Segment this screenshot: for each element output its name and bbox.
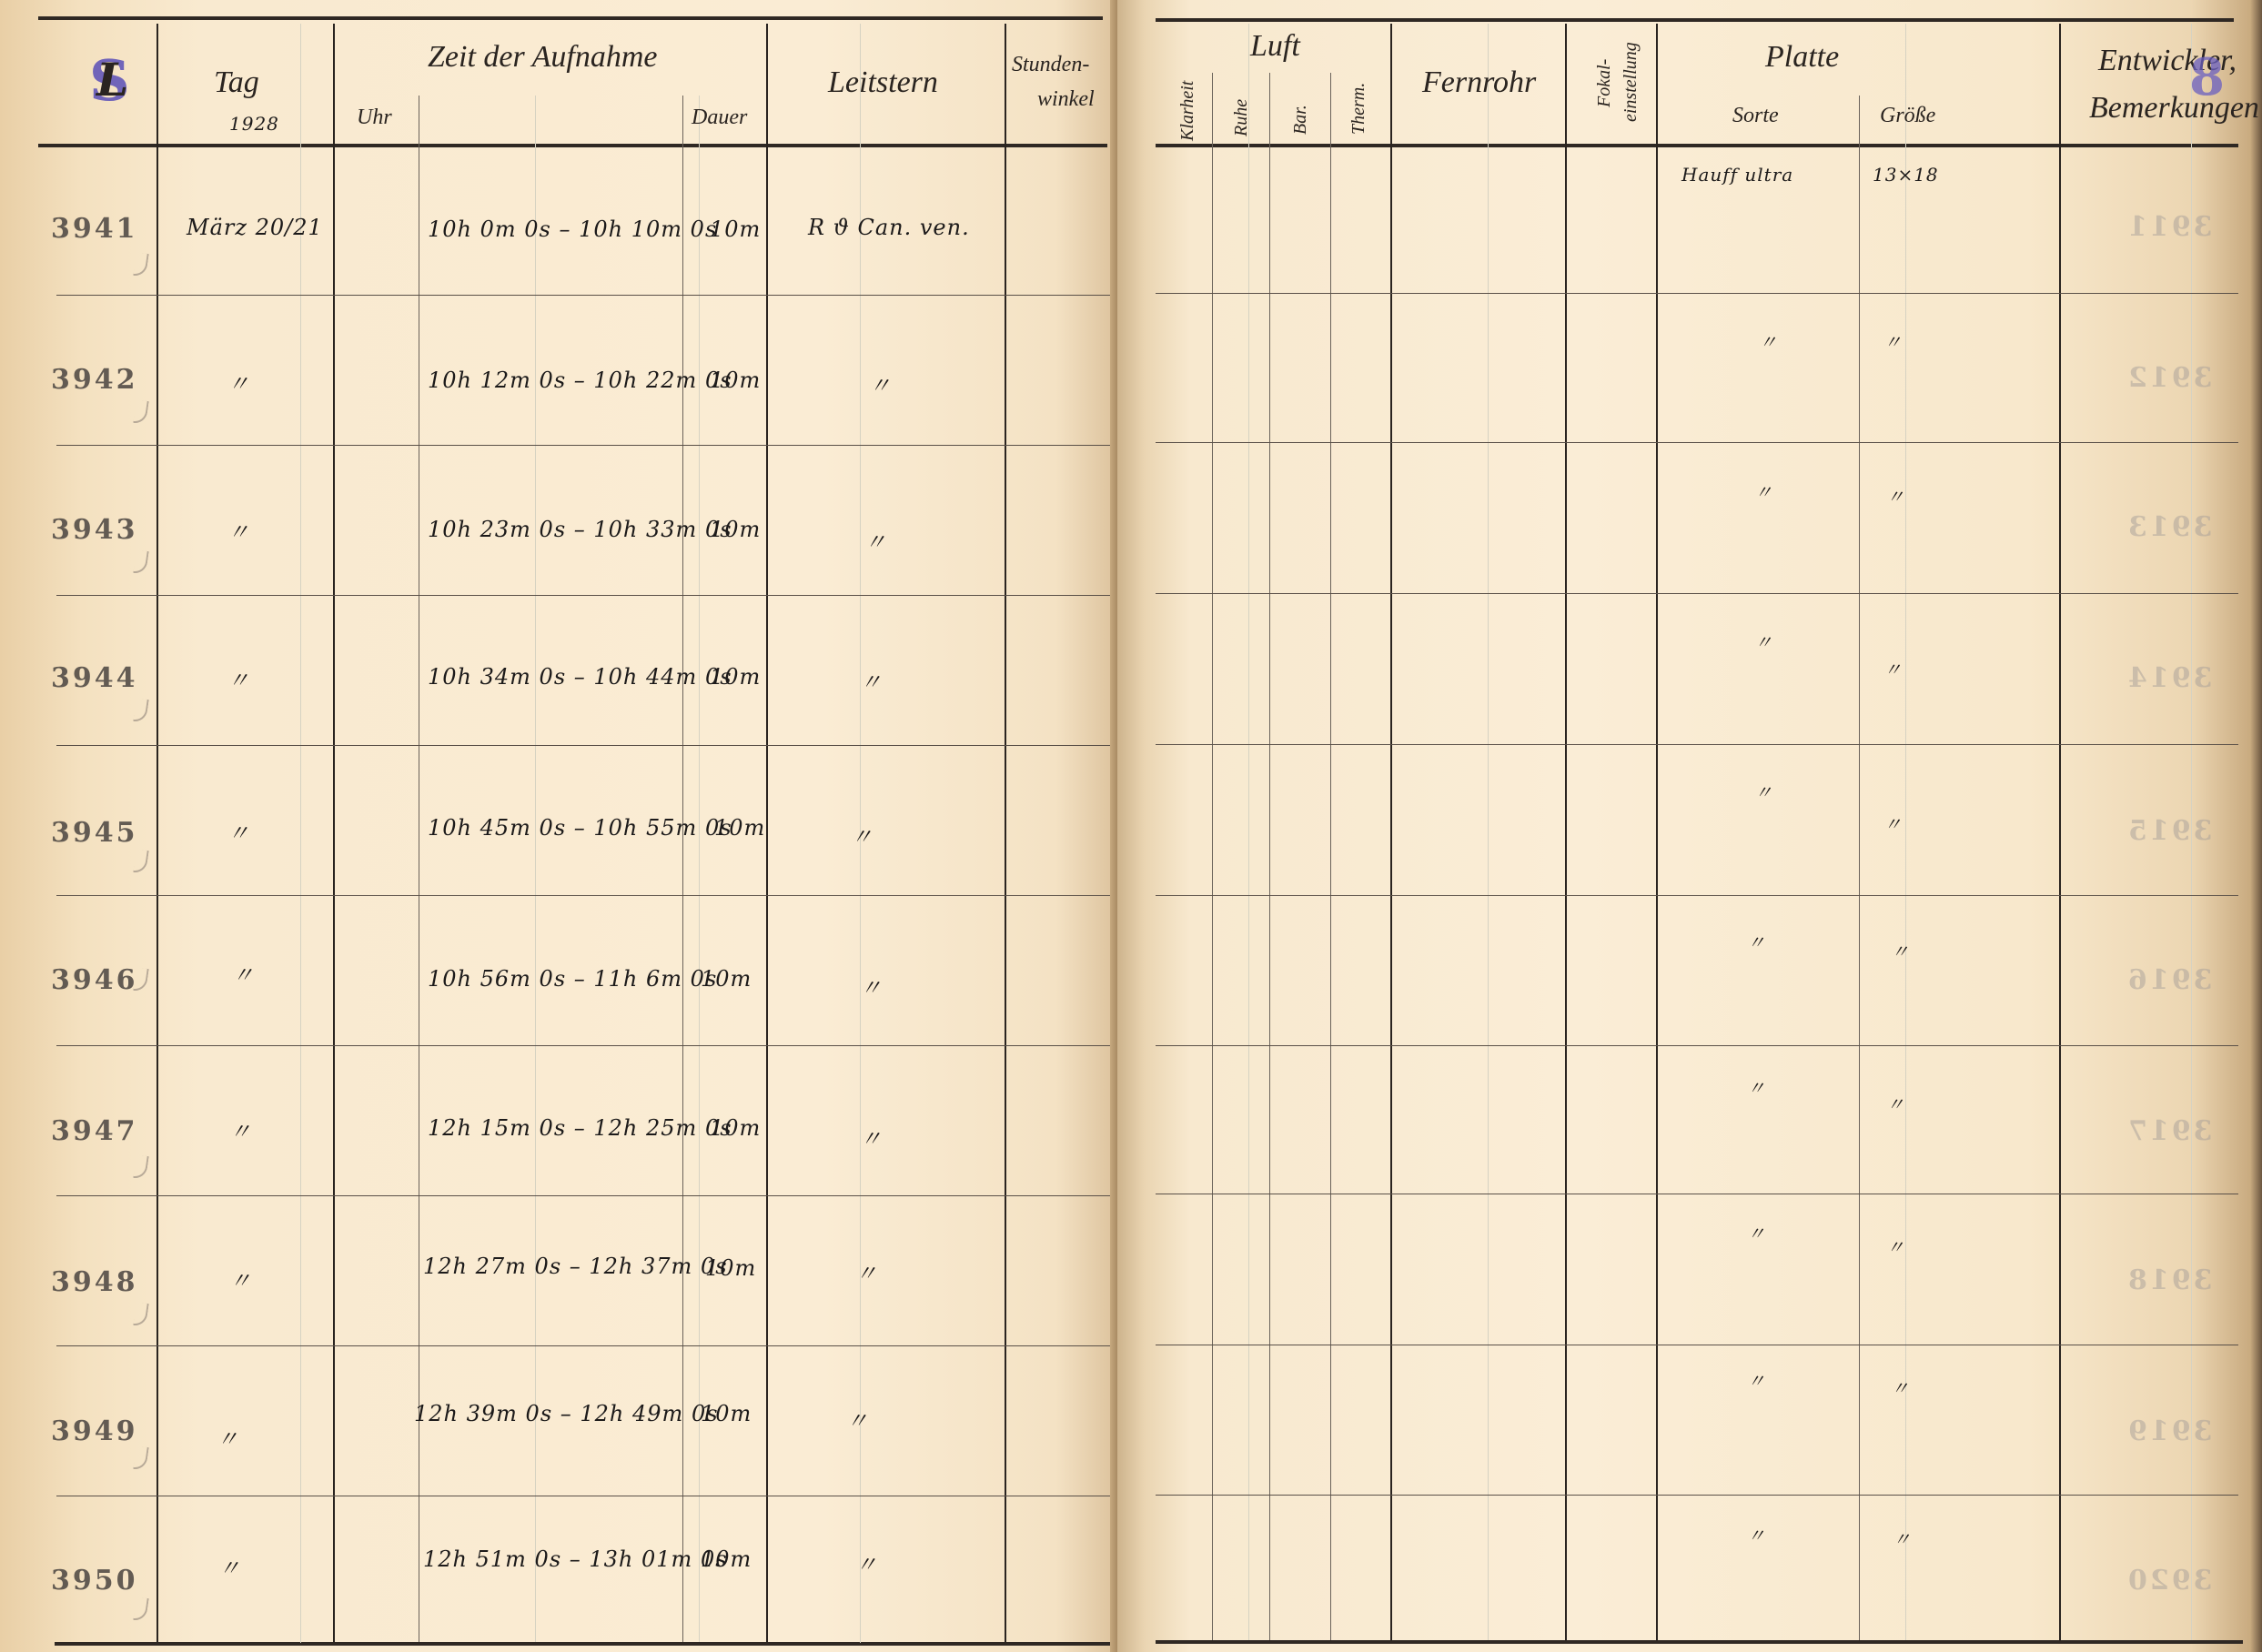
- leitstern-cell: 〃: [860, 664, 883, 696]
- groesse-cell: 〃: [1883, 810, 1903, 836]
- col-line-fernrohr: [1565, 24, 1567, 1640]
- uhr-cell: 10h 23m 0s – 10h 33m 0s: [428, 517, 732, 542]
- groesse-cell: 〃: [1883, 327, 1903, 354]
- leitstern-cell: R ϑ Can. ven.: [808, 215, 970, 240]
- dauer-cell: 10m: [710, 664, 761, 690]
- sorte-cell: 〃: [1754, 628, 1773, 654]
- leitstern-cell: 〃: [846, 1403, 869, 1435]
- header-sorte: Sorte: [1732, 104, 1779, 128]
- footer-rule: [55, 1642, 1110, 1646]
- sorte-cell: 〃: [1747, 1521, 1766, 1547]
- leitstern-cell: 〃: [860, 1121, 883, 1153]
- check-mark: [133, 1154, 148, 1180]
- header-groesse: Größe: [1880, 104, 1935, 128]
- dauer-cell: 10m: [701, 966, 752, 992]
- col-line-platte: [2059, 24, 2061, 1640]
- leitstern-cell: 〃: [864, 524, 887, 556]
- uhr-cell: 12h 51m 0s – 13h 01m 0s: [423, 1546, 728, 1572]
- plate-number: 3945: [51, 817, 138, 849]
- header-ruhe: Ruhe: [1231, 99, 1252, 136]
- row-separator: [56, 1045, 1110, 1046]
- col-line-tag: [333, 24, 335, 1643]
- plate-number: 3950: [51, 1565, 138, 1597]
- groesse-cell: 〃: [1886, 482, 1905, 509]
- row-separator: [56, 1496, 1110, 1496]
- row-separator: [56, 1195, 1110, 1196]
- header-bar: Bar.: [1290, 105, 1311, 135]
- header-bottom-rule: [38, 144, 1107, 147]
- groesse-cell: 〃: [1893, 1525, 1912, 1551]
- tag-cell: 〃: [227, 366, 250, 398]
- header-bottom-rule: [1156, 144, 2238, 147]
- header-therm: Therm.: [1348, 83, 1369, 135]
- tag-cell: 〃: [229, 1113, 252, 1145]
- leitstern-cell: 〃: [869, 368, 892, 399]
- sorte-cell: 〃: [1754, 478, 1773, 504]
- check-mark: [133, 1597, 148, 1622]
- uhr-cell: 12h 39m 0s – 12h 49m 0s: [414, 1401, 719, 1426]
- check-mark: [133, 1445, 148, 1471]
- plate-number: 3949: [51, 1415, 138, 1447]
- groesse-cell: 13×18: [1873, 164, 1939, 186]
- ghost-number: 3911: [2126, 211, 2213, 243]
- dauer-cell: 10m: [701, 1401, 752, 1426]
- dauer-cell: 10m: [710, 368, 761, 393]
- ghost-number: 3914: [2126, 662, 2213, 694]
- check-mark: [133, 252, 148, 277]
- header-leitstern: Leitstern: [828, 65, 938, 100]
- tag-cell: März 20/21: [187, 215, 323, 240]
- header-top-rule: [1156, 18, 2234, 22]
- header-year: 1928: [229, 113, 279, 135]
- tag-cell: 〃: [227, 815, 250, 847]
- header-zeit-der-aufnahme: Zeit der Aufnahme: [428, 40, 657, 75]
- header-platte: Platte: [1765, 40, 1839, 75]
- col-line-leitstern: [766, 24, 768, 1643]
- sorte-cell: 〃: [1759, 327, 1778, 354]
- row-separator: [1156, 442, 2238, 443]
- col-line-fernrohr-faint: [1488, 24, 1489, 1640]
- row-separator: [56, 895, 1110, 896]
- header-bemerkungen: Bemerkungen: [2089, 91, 2259, 126]
- plate-number: 3942: [51, 364, 138, 396]
- row-separator: [1156, 1495, 2238, 1496]
- row-separator: [1156, 895, 2238, 896]
- header-fokal-2: einstellung: [1621, 42, 1641, 122]
- row-separator: [56, 745, 1110, 746]
- row-separator: [1156, 1194, 2238, 1194]
- header-uhr: Uhr: [357, 106, 392, 130]
- uhr-cell: 12h 27m 0s – 12h 37m 0s: [423, 1254, 728, 1279]
- stamp-sl: S L: [89, 47, 135, 111]
- sorte-cell: 〃: [1754, 778, 1773, 804]
- check-mark: [133, 1302, 148, 1327]
- plate-number: 3944: [51, 662, 138, 694]
- left-page: S L Tag 1928 Zeit der Aufnahme Uhr Dauer…: [0, 0, 1117, 1652]
- dauer-cell: 10m: [701, 1546, 752, 1572]
- check-mark: [133, 849, 148, 874]
- dauer-cell: 10m: [710, 217, 761, 242]
- tag-cell: 〃: [232, 957, 255, 989]
- ghost-number: 3915: [2126, 815, 2213, 847]
- col-line-luft: [1390, 24, 1392, 1640]
- sorte-cell: 〃: [1747, 1219, 1766, 1245]
- header-tag: Tag: [214, 65, 259, 100]
- sorte-cell: 〃: [1747, 1366, 1766, 1393]
- header-top-rule: [38, 16, 1103, 20]
- row-separator: [1156, 593, 2238, 594]
- header-klarheit: Klarheit: [1177, 81, 1198, 141]
- col-line-nr: [157, 24, 158, 1643]
- ghost-number: 3919: [2126, 1415, 2213, 1447]
- leitstern-cell: 〃: [855, 1255, 878, 1287]
- uhr-cell: 12h 15m 0s – 12h 25m 0s: [428, 1115, 732, 1141]
- groesse-cell: 〃: [1883, 655, 1903, 681]
- plate-number: 3946: [51, 964, 138, 996]
- row-separator: [1156, 1045, 2238, 1046]
- row-separator: [56, 295, 1110, 296]
- plate-number: 3941: [51, 213, 138, 245]
- check-mark: [133, 698, 148, 723]
- uhr-cell: 10h 56m 0s – 11h 6m 0s: [428, 966, 717, 992]
- row-separator: [1156, 744, 2238, 745]
- leitstern-cell: 〃: [855, 1546, 878, 1578]
- plate-number: 3948: [51, 1266, 138, 1298]
- uhr-cell: 10h 12m 0s – 10h 22m 0s: [428, 368, 732, 393]
- header-stundenwinkel-2: winkel: [1037, 87, 1095, 112]
- groesse-cell: 〃: [1891, 1374, 1910, 1400]
- row-separator: [1156, 1345, 2238, 1345]
- tag-cell: 〃: [227, 514, 250, 546]
- ghost-number: 3912: [2126, 362, 2213, 394]
- header-fernrohr: Fernrohr: [1422, 65, 1536, 100]
- groesse-cell: 〃: [1891, 937, 1910, 963]
- uhr-cell: 10h 45m 0s – 10h 55m 0s: [428, 815, 732, 841]
- col-line-sorte: [1859, 96, 1860, 1640]
- header-stundenwinkel-1: Stunden-: [1012, 53, 1089, 77]
- dauer-cell: 10m: [705, 1255, 756, 1281]
- sorte-cell: 〃: [1747, 1073, 1766, 1100]
- stamp-8: 8: [2189, 47, 2225, 107]
- dauer-cell: 10m: [714, 815, 765, 841]
- header-dauer: Dauer: [692, 106, 747, 130]
- groesse-cell: 〃: [1886, 1090, 1905, 1116]
- leitstern-cell: 〃: [851, 819, 873, 851]
- groesse-cell: 〃: [1886, 1233, 1905, 1259]
- col-line-stundenwinkel: [1005, 24, 1006, 1643]
- check-mark: [133, 967, 148, 992]
- plate-number: 3947: [51, 1115, 138, 1147]
- sorte-cell: 〃: [1747, 928, 1766, 954]
- row-separator: [56, 445, 1110, 446]
- dauer-cell: 10m: [710, 1115, 761, 1141]
- footer-rule: [1156, 1640, 2243, 1644]
- ghost-number: 3917: [2126, 1115, 2213, 1147]
- uhr-cell: 10h 0m 0s – 10h 10m 0s: [428, 217, 717, 242]
- row-separator: [1156, 293, 2238, 294]
- row-separator: [56, 1345, 1110, 1346]
- col-line-ruhe-faint: [1248, 24, 1249, 1640]
- ghost-number: 3920: [2126, 1565, 2213, 1597]
- uhr-cell: 10h 34m 0s – 10h 44m 0s: [428, 664, 732, 690]
- plate-number: 3943: [51, 514, 138, 546]
- right-page: Luft Klarheit Ruhe Bar. Therm. Fernrohr …: [1117, 0, 2262, 1652]
- col-line-fokal: [1656, 24, 1658, 1640]
- header-fokal-1: Fokal-: [1594, 59, 1615, 107]
- row-separator: [56, 595, 1110, 596]
- ghost-number: 3918: [2126, 1264, 2213, 1296]
- col-line-ruhe: [1269, 73, 1270, 1640]
- check-mark: [133, 399, 148, 425]
- tag-cell: 〃: [229, 1263, 252, 1294]
- sorte-cell: Hauff ultra: [1681, 164, 1793, 186]
- col-line-tag-faint: [300, 24, 301, 1643]
- col-line-klarheit: [1212, 73, 1213, 1640]
- header-luft: Luft: [1250, 29, 1300, 64]
- dauer-cell: 10m: [710, 517, 761, 542]
- check-mark: [133, 549, 148, 575]
- col-line-bar: [1330, 73, 1331, 1640]
- ghost-number: 3913: [2126, 511, 2213, 543]
- tag-cell: 〃: [218, 1550, 241, 1582]
- tag-cell: 〃: [217, 1421, 239, 1453]
- tag-cell: 〃: [227, 662, 250, 694]
- leitstern-cell: 〃: [860, 970, 883, 1002]
- ghost-number: 3916: [2126, 964, 2213, 996]
